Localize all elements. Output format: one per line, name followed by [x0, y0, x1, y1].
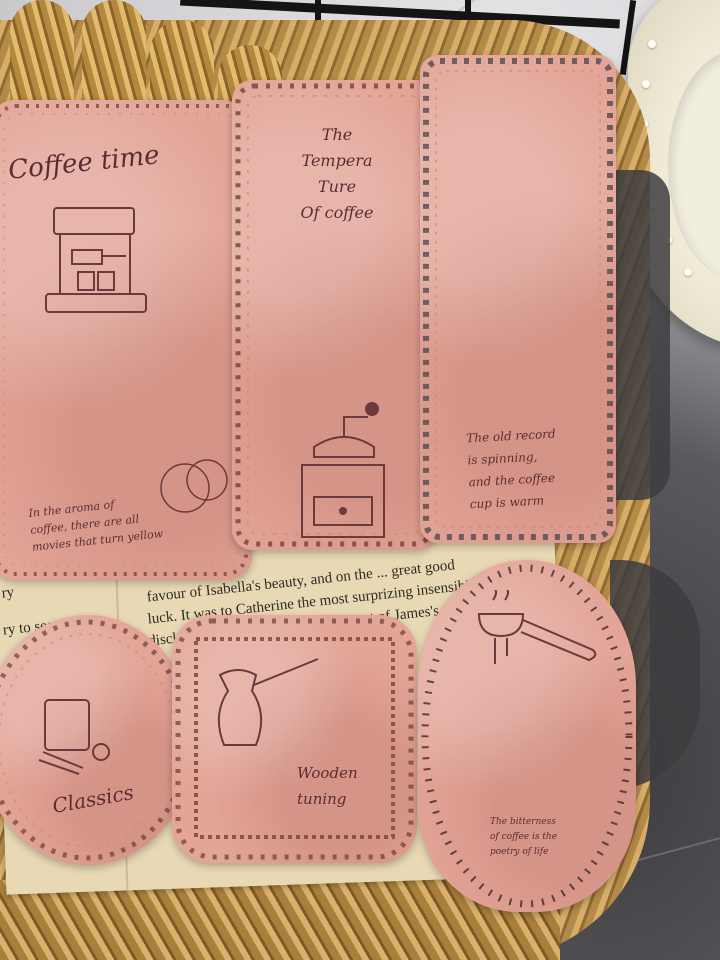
card-bitterness: The bitterness of coffee is the poetry o…	[418, 560, 636, 912]
card-tempera: The Tempera Ture Of coffee	[232, 80, 437, 550]
card-note: In the aroma of coffee, there are all mo…	[28, 491, 164, 555]
card-note: The bitterness of coffee is the poetry o…	[490, 815, 557, 860]
coffee-grinder-icon	[292, 395, 392, 545]
photo-scene: ry ry to see. favour of Isabella's beaut…	[0, 0, 720, 960]
card-title: Classics	[51, 780, 136, 818]
card-coffee-time: Coffee time In the aroma of coffee, ther…	[0, 100, 252, 580]
book-fragment: ry	[1, 583, 15, 603]
rope-coil	[10, 0, 74, 110]
espresso-machine-icon	[42, 200, 152, 325]
card-title: Coffee time	[7, 140, 161, 186]
card-title: Wooden tuning	[297, 760, 358, 812]
coffee-ring-stain-icon	[155, 450, 235, 520]
coffee-tin-icon	[35, 690, 125, 780]
card-title: The Tempera Ture Of coffee	[287, 122, 387, 226]
portafilter-icon	[473, 590, 603, 700]
turkish-coffee-pot-icon	[208, 655, 328, 755]
rope-coil	[82, 0, 146, 110]
card-note: The old record is spinning, and the coff…	[466, 423, 560, 516]
card-wooden-tuning: Wooden tuning	[172, 615, 417, 863]
card-old-record: The old record is spinning, and the coff…	[420, 55, 616, 543]
